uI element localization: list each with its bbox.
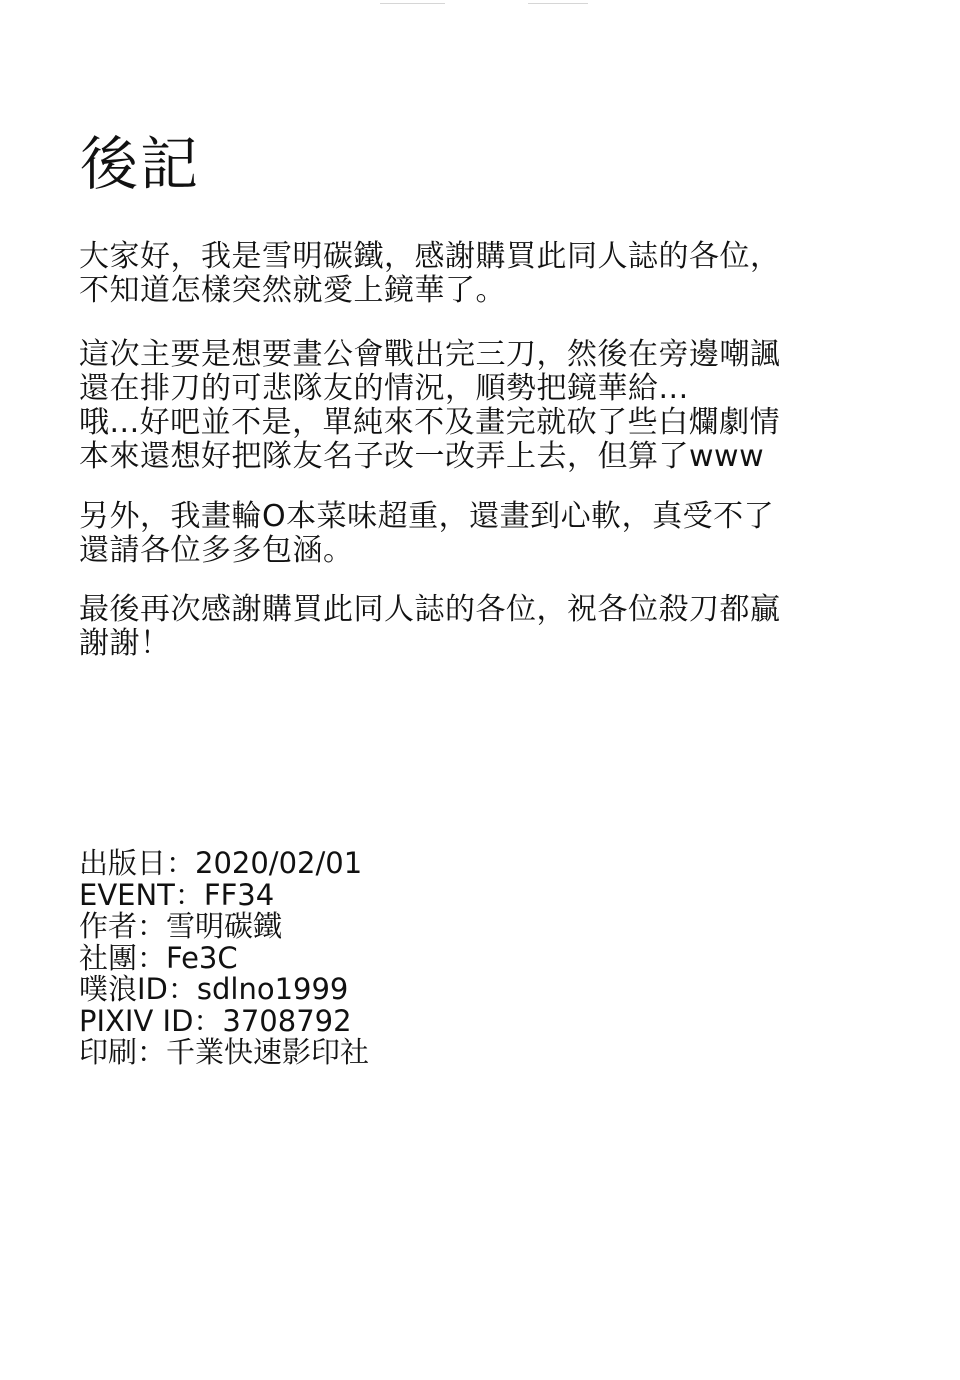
paragraph-thanks: 最後再次感謝購買此同人誌的各位，祝各位殺刀都贏 謝謝！	[79, 593, 899, 661]
text-line: 還請各位多多包涵。	[79, 534, 899, 568]
text-line: 大家好，我是雪明碳鐵，感謝購買此同人誌的各位，	[79, 240, 899, 274]
text-line: 這次主要是想要畫公會戰出完三刀，然後在旁邊嘲諷	[79, 338, 899, 372]
colophon-publish-date: 出版日：2020/02/01	[79, 848, 369, 880]
colophon: 出版日：2020/02/01 EVENT：FF34 作者：雪明碳鐵 社團：Fe3…	[79, 848, 369, 1069]
text-line: 不知道怎樣突然就愛上鏡華了。	[79, 274, 899, 308]
colophon-author: 作者：雪明碳鐵	[79, 911, 369, 943]
colophon-pixiv-id: PIXIV ID：3708792	[79, 1006, 369, 1038]
paragraph-apology: 另外，我畫輪O本菜味超重，還畫到心軟，真受不了 還請各位多多包涵。	[79, 500, 899, 568]
colophon-plurk-id: 噗浪ID：sdlno1999	[79, 974, 369, 1006]
text-line: 哦...好吧並不是，單純來不及畫完就砍了些白爛劇情	[79, 406, 899, 440]
colophon-circle: 社團：Fe3C	[79, 943, 369, 975]
text-line: 謝謝！	[79, 627, 899, 661]
page-title: 後記	[80, 128, 200, 200]
paragraph-intent: 這次主要是想要畫公會戰出完三刀，然後在旁邊嘲諷 還在排刀的可悲隊友的情況，順勢把…	[79, 338, 899, 474]
scan-artifact	[380, 3, 445, 4]
text-line: 本來還想好把隊友名子改一改弄上去，但算了www	[79, 440, 899, 474]
scan-artifact	[528, 3, 588, 4]
text-line: 還在排刀的可悲隊友的情況，順勢把鏡華給...	[79, 372, 899, 406]
colophon-event: EVENT：FF34	[79, 880, 369, 912]
text-line: 最後再次感謝購買此同人誌的各位，祝各位殺刀都贏	[79, 593, 899, 627]
paragraph-greeting: 大家好，我是雪明碳鐵，感謝購買此同人誌的各位， 不知道怎樣突然就愛上鏡華了。	[79, 240, 899, 308]
text-line: 另外，我畫輪O本菜味超重，還畫到心軟，真受不了	[79, 500, 899, 534]
colophon-printer: 印刷：千業快速影印社	[79, 1037, 369, 1069]
